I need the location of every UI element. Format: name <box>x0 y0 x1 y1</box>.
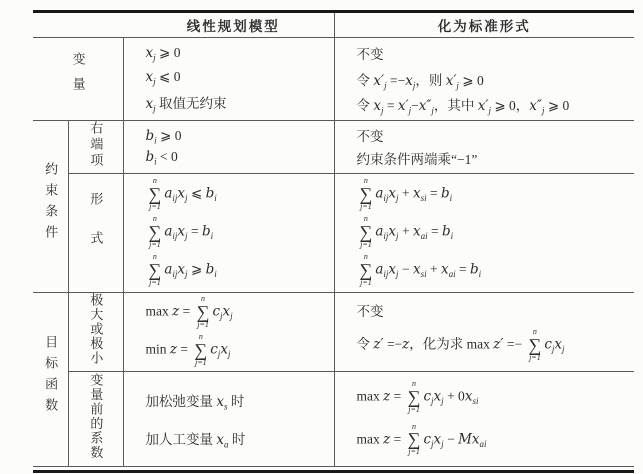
model-formula: bi < 0 <box>146 149 334 165</box>
model-formula: xj 取值无约束 <box>146 92 334 112</box>
formula-stack: 不变 令 x′j =−xj，则 x′j ⩾ 0 令 xj = x′j−x″j，其… <box>335 38 635 120</box>
formula-stack: 不变 约束条件两端乘“−1” <box>335 123 635 171</box>
section-constraints: 约束条件 <box>33 120 68 292</box>
form-standard-cell: n∑j=1aijxj + xsi = bi n∑j=1aijxj + xai =… <box>334 173 634 292</box>
standard-formula: 约束条件两端乘“−1” <box>357 148 635 168</box>
model-formula: 加松弛变量 xs 时 <box>146 390 334 410</box>
model-formula: min z = n∑j=1cjxj <box>146 333 334 368</box>
model-formula: bi ⩾ 0 <box>146 128 334 144</box>
minmax-model-cell: max z = n∑j=1cjxj min z = n∑j=1cjxj <box>123 292 334 371</box>
standard-formula: n∑j=1aijxj + xsi = bi <box>357 177 635 212</box>
section-variables: 变量 <box>33 37 123 120</box>
model-formula: n∑j=1aijxj ⩾ bi <box>146 253 334 288</box>
header-row: 线性规划模型 化为标准形式 <box>33 13 634 37</box>
table-container: 线性规划模型 化为标准形式 变量 xj ⩾ 0 xj ⩽ 0 xj 取值无约束 … <box>33 10 634 473</box>
section-objective-label: 目标函数 <box>43 335 57 419</box>
model-formula: n∑j=1aijxj ⩽ bi <box>146 177 334 212</box>
standard-formula: max z = n∑j=1cjxj + 0xsi <box>357 380 635 415</box>
section-objective: 目标函数 <box>33 292 68 466</box>
formula-stack: 不变 令 z′ =−z，化为求 max z′ =− n∑j=1cjxj <box>335 293 635 371</box>
table-bottom-thin-rule <box>33 466 634 467</box>
section-constraints-label: 约束条件 <box>43 162 57 246</box>
rhs-standard-cell: 不变 约束条件两端乘“−1” <box>334 120 634 173</box>
formula-stack: 加松弛变量 xs 时 加人工变量 xa 时 <box>124 372 334 466</box>
section-variables-label: 变量 <box>71 52 85 102</box>
model-formula: xj ⩽ 0 <box>146 69 334 85</box>
standard-formula: max z = n∑j=1cjxj − Mxai <box>357 423 635 458</box>
formula-stack: n∑j=1aijxj + xsi = bi n∑j=1aijxj + xai =… <box>335 174 635 292</box>
formula-stack: max z = n∑j=1cjxj min z = n∑j=1cjxj <box>124 293 334 371</box>
standard-form-conversion-table: 线性规划模型 化为标准形式 变量 xj ⩾ 0 xj ⩽ 0 xj 取值无约束 … <box>33 13 634 466</box>
header-standard-column: 化为标准形式 <box>334 13 634 37</box>
standard-formula: 令 z′ =−z，化为求 max z′ =− n∑j=1cjxj <box>357 328 635 363</box>
standard-formula: n∑j=1aijxj + xai = bi <box>357 215 635 250</box>
standard-formula: 不变 <box>357 125 635 145</box>
coefficients-row: 变量前的系数 加松弛变量 xs 时 加人工变量 xa 时 max z = n∑j… <box>33 371 634 466</box>
standard-formula: n∑j=1aijxj − xsi + xai = bi <box>357 253 635 288</box>
subsection-coefficients-label: 变量前的系数 <box>89 373 103 460</box>
rhs-model-cell: bi ⩾ 0 bi < 0 <box>123 120 334 173</box>
formula-stack: xj ⩾ 0 xj ⩽ 0 xj 取值无约束 <box>124 38 334 120</box>
variables-row: 变量 xj ⩾ 0 xj ⩽ 0 xj 取值无约束 不变 令 x′j =−xj，… <box>33 37 634 120</box>
form-model-cell: n∑j=1aijxj ⩽ bi n∑j=1aijxj = bi n∑j=1aij… <box>123 173 334 292</box>
minmax-standard-cell: 不变 令 z′ =−z，化为求 max z′ =− n∑j=1cjxj <box>334 292 634 371</box>
formula-stack: n∑j=1aijxj ⩽ bi n∑j=1aijxj = bi n∑j=1aij… <box>124 174 334 292</box>
standard-formula: 不变 <box>357 43 635 63</box>
rhs-row: 约束条件 右端项 bi ⩾ 0 bi < 0 不变 约束条件两端乘“−1” <box>33 120 634 173</box>
subsection-coefficients: 变量前的系数 <box>68 371 123 466</box>
model-formula: 加人工变量 xa 时 <box>146 428 334 448</box>
table-bottom-rule <box>33 470 634 473</box>
model-formula: n∑j=1aijxj = bi <box>146 215 334 250</box>
subsection-minmax-label: 极大或极小 <box>89 293 103 366</box>
coefficients-standard-cell: max z = n∑j=1cjxj + 0xsi max z = n∑j=1cj… <box>334 371 634 466</box>
model-formula: max z = n∑j=1cjxj <box>146 295 334 330</box>
minmax-row: 目标函数 极大或极小 max z = n∑j=1cjxj min z = n∑j… <box>33 292 634 371</box>
header-model-column: 线性规划模型 <box>33 13 334 37</box>
form-row: 形式 n∑j=1aijxj ⩽ bi n∑j=1aijxj = bi n∑j=1… <box>33 173 634 292</box>
subsection-form-label: 形式 <box>89 192 103 270</box>
model-formula: xj ⩾ 0 <box>146 45 334 61</box>
coefficients-model-cell: 加松弛变量 xs 时 加人工变量 xa 时 <box>123 371 334 466</box>
standard-formula: 令 xj = x′j−x″j，其中 x′j ⩾ 0，x″j ⩾ 0 <box>357 94 635 114</box>
formula-stack: max z = n∑j=1cjxj + 0xsi max z = n∑j=1cj… <box>335 372 635 466</box>
variables-standard-cell: 不变 令 x′j =−xj，则 x′j ⩾ 0 令 xj = x′j−x″j，其… <box>334 37 634 120</box>
subsection-rhs: 右端项 <box>68 120 123 173</box>
standard-formula: 不变 <box>357 300 635 320</box>
subsection-rhs-label: 右端项 <box>89 121 103 169</box>
subsection-form: 形式 <box>68 173 123 292</box>
standard-formula: 令 x′j =−xj，则 x′j ⩾ 0 <box>357 69 635 89</box>
subsection-minmax: 极大或极小 <box>68 292 123 371</box>
variables-model-cell: xj ⩾ 0 xj ⩽ 0 xj 取值无约束 <box>123 37 334 120</box>
formula-stack: bi ⩾ 0 bi < 0 <box>124 123 334 171</box>
